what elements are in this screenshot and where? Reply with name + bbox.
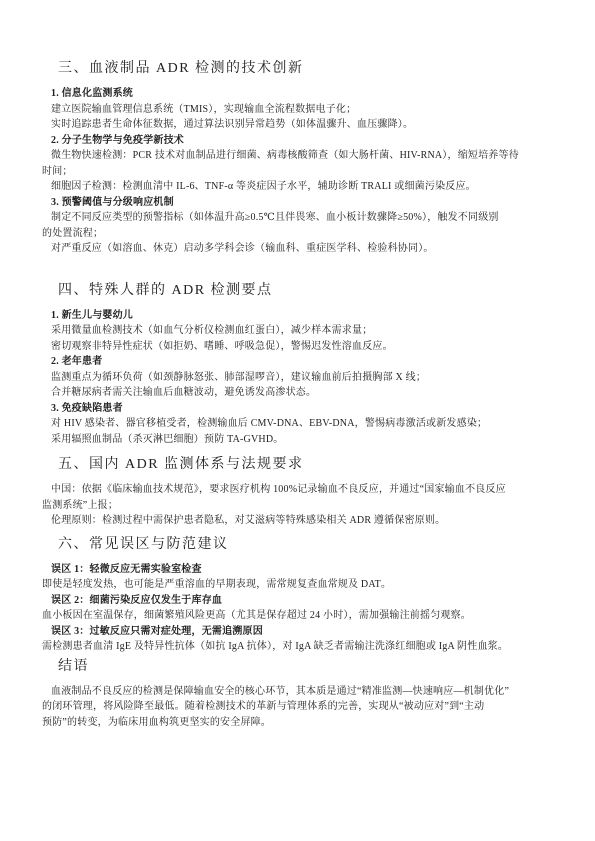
subheading: 1. 信息化监测系统 [42,86,553,102]
subheading: 2. 老年患者 [42,354,553,370]
section-5: 结语血液制品不良反应的检测是保障输血安全的核心环节，其本质是通过“精准监测—快速… [42,657,553,731]
section-heading: 结语 [42,657,553,677]
subheading: 误区 2：细菌污染反应仅发生于库存血 [42,593,553,609]
section-heading: 四、特殊人群的 ADR 检测要点 [42,281,553,301]
text-line: 血液制品不良反应的检测是保障输血安全的核心环节，其本质是通过“精准监测—快速响应… [42,684,553,700]
text-line: 细胞因子检测：检测血清中 IL-6、TNF-α 等炎症因子水平，辅助诊断 TRA… [42,179,553,195]
text-line: 实时追踪患者生命体征数据，通过算法识别异常趋势（如体温骤升、血压骤降）。 [42,117,553,133]
section-3: 五、国内 ADR 监测体系与法规要求中国：依据《临床输血技术规范》，要求医疗机构… [42,455,553,529]
text-line: 的处置流程； [42,226,553,242]
text-line: 时间； [42,164,553,180]
text-line: 预防”的转变，为临床用血构筑更坚实的安全屏障。 [42,715,553,731]
text-line: 中国：依据《临床输血技术规范》，要求医疗机构 100%记录输血不良反应，并通过“… [42,482,553,498]
subheading: 2. 分子生物学与免疫学新技术 [42,133,553,149]
section-1: 三、血液制品 ADR 检测的技术创新1. 信息化监测系统建立医院输血管理信息系统… [42,59,553,257]
section-4: 六、常见误区与防范建议误区 1：轻微反应无需实验室检查即使是轻度发热，也可能是严… [42,535,553,655]
text-line: 血小板因在室温保存，细菌繁殖风险更高（尤其是保存超过 24 小时），需加强输注前… [42,608,553,624]
text-line: 微生物快速检测：PCR 技术对血制品进行细菌、病毒核酸筛查（如大肠杆菌、HIV-… [42,148,553,164]
section-2: 四、特殊人群的 ADR 检测要点1. 新生儿与婴幼儿采用微量血检测技术（如血气分… [42,281,553,448]
text-line: 的闭环管理，将风险降至最低。随着检测技术的革新与管理体系的完善，实现从“被动应对… [42,699,553,715]
document-page: 三、血液制品 ADR 检测的技术创新1. 信息化监测系统建立医院输血管理信息系统… [0,0,595,841]
section-heading: 三、血液制品 ADR 检测的技术创新 [42,59,553,79]
text-line: 制定不同反应类型的预警指标（如体温升高≥0.5℃且伴畏寒、血小板计数骤降≥50%… [42,210,553,226]
text-line: 需检测患者血清 IgE 及特异性抗体（如抗 IgA 抗体），对 IgA 缺乏者需… [42,639,553,655]
text-line: 伦理原则：检测过程中需保护患者隐私，对艾滋病等特殊感染相关 ADR 遵循保密原则… [42,513,553,529]
text-line: 监测重点为循环负荷（如颈静脉怒张、肺部湿啰音），建议输血前后拍摄胸部 X 线； [42,370,553,386]
text-line: 密切观察非特异性症状（如拒奶、嗜睡、呼吸急促），警惕迟发性溶血反应。 [42,339,553,355]
section-heading: 五、国内 ADR 监测体系与法规要求 [42,455,553,475]
subheading: 误区 3：过敏反应只需对症处理，无需追溯原因 [42,624,553,640]
document-content: 三、血液制品 ADR 检测的技术创新1. 信息化监测系统建立医院输血管理信息系统… [42,59,553,730]
subheading: 误区 1：轻微反应无需实验室检查 [42,562,553,578]
text-line: 采用辐照血制品（杀灭淋巴细胞）预防 TA-GVHD。 [42,432,553,448]
text-line: 建立医院输血管理信息系统（TMIS），实现输血全流程数据电子化； [42,102,553,118]
subheading: 3. 预警阈值与分级响应机制 [42,195,553,211]
subheading: 1. 新生儿与婴幼儿 [42,308,553,324]
text-line: 合并糖尿病者需关注输血后血糖波动，避免诱发高渗状态。 [42,385,553,401]
text-line: 监测系统”上报； [42,498,553,514]
section-heading: 六、常见误区与防范建议 [42,535,553,555]
text-line: 即使是轻度发热，也可能是严重溶血的早期表现，需常规复查血常规及 DAT。 [42,577,553,593]
text-line: 对严重反应（如溶血、休克）启动多学科会诊（输血科、重症医学科、检验科协同）。 [42,241,553,257]
subheading: 3. 免疫缺陷患者 [42,401,553,417]
text-line: 对 HIV 感染者、器官移植受者，检测输血后 CMV-DNA、EBV-DNA，警… [42,416,553,432]
text-line: 采用微量血检测技术（如血气分析仪检测血红蛋白），减少样本需求量； [42,323,553,339]
